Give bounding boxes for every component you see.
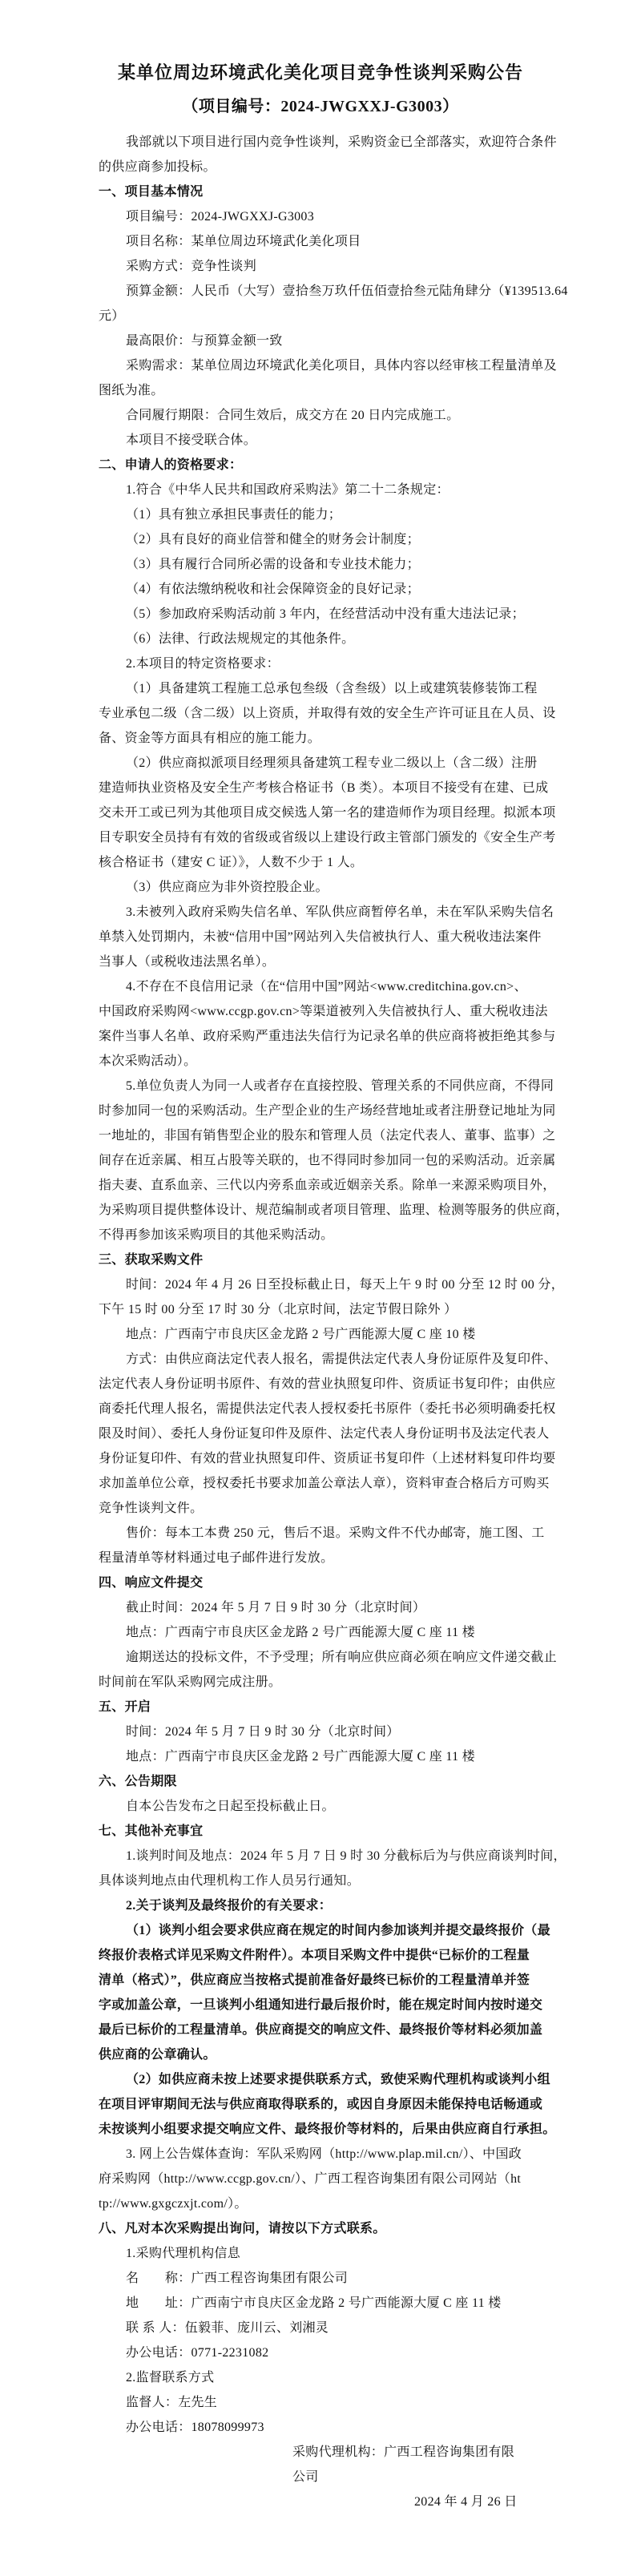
doc-line: 清单（格式）”，供应商应当按格式提前准备好最终已标价的工程量清单并签: [99, 1968, 549, 1993]
doc-line: 七、其他补充事宜: [99, 1819, 549, 1844]
doc-line: （2）供应商拟派项目经理须具备建筑工程专业二级以上（含二级）注册: [99, 751, 549, 776]
doc-line: 最后已标价的工程量清单。供应商提交的响应文件、最终报价等材料必须加盖: [99, 2018, 549, 2042]
doc-line: 地点：广西南宁市良庆区金龙路 2 号广西能源大厦 C 座 11 楼: [99, 1744, 549, 1769]
doc-line: （5）参加政府采购活动前 3 年内，在经营活动中没有重大违法记录；: [99, 602, 549, 627]
doc-line: 项目编号：2024-JWGXXJ-G3003: [99, 204, 549, 229]
doc-line: 法定代表人身份证明书原件、有效的营业执照复印件、资质证书复印件；由供应: [99, 1372, 549, 1397]
doc-line: （2）具有良好的商业信誉和健全的财务会计制度；: [99, 527, 549, 552]
doc-line: 时间：2024 年 5 月 7 日 9 时 30 分（北京时间）: [99, 1719, 549, 1744]
doc-line: 时间前在军队采购网完成注册。: [99, 1670, 549, 1695]
doc-line: 竞争性谈判文件。: [99, 1496, 549, 1521]
doc-line: 逾期送达的投标文件，不予受理；所有响应供应商必须在响应文件递交截止: [99, 1645, 549, 1670]
doc-line: 一、项目基本情况: [99, 179, 549, 204]
doc-line: 时参加同一包的采购活动。生产型企业的生产场经营地址或者注册登记地址为同: [99, 1099, 549, 1123]
doc-line: tp://www.gxgczxjt.com/）。: [99, 2191, 549, 2216]
doc-line: 监督人：左先生: [99, 2390, 549, 2415]
doc-line: 六、公告期限: [99, 1769, 549, 1794]
doc-line: 为采购项目提供整体设计、规范编制或者项目管理、监理、检测等服务的供应商，: [99, 1198, 549, 1223]
doc-line: 本次采购活动）。: [99, 1049, 549, 1074]
doc-line: 案件当事人名单、政府采购严重违法失信行为记录名单的供应商将被拒绝其参与: [99, 1024, 549, 1049]
doc-line: 当事人（或税收违法黑名单）。: [99, 949, 549, 974]
doc-line: 限及时间）、委托人身份证复印件及原件、法定代表人身份证明书及法定代表人: [99, 1421, 549, 1446]
doc-line: 2024 年 4 月 26 日: [414, 2489, 549, 2514]
doc-line: 三、获取采购文件: [99, 1248, 549, 1272]
doc-line: 公司: [292, 2465, 549, 2489]
doc-line: 二、申请人的资格要求：: [99, 453, 549, 478]
doc-line: 4.不存在不良信用记录（在“信用中国”网站<www.creditchina.go…: [99, 974, 549, 999]
doc-line: 采购需求：某单位周边环境武化美化项目，具体内容以经审核工程量清单及: [99, 353, 549, 378]
doc-line: 5.单位负责人为同一人或者存在直接控股、管理关系的不同供应商，不得同: [99, 1074, 549, 1099]
doc-line: 2.本项目的特定资格要求：: [99, 651, 549, 676]
doc-line: 办公电话：0771-2231082: [99, 2340, 549, 2365]
doc-line: 1.采购代理机构信息: [99, 2241, 549, 2266]
doc-line: 目专职安全员持有有效的省级或省级以上建设行政主管部门颁发的《安全生产考: [99, 825, 549, 850]
doc-line: 指夫妻、直系血亲、三代以内旁系血亲或近姻亲关系。除单一来源采购项目外，: [99, 1173, 549, 1198]
doc-line: 字或加盖公章，一旦谈判小组通知进行最后报价时，能在规定时间内按时递交: [99, 1993, 549, 2018]
doc-line: 地点：广西南宁市良庆区金龙路 2 号广西能源大厦 C 座 11 楼: [99, 1620, 549, 1645]
doc-line: 采购方式：竞争性谈判: [99, 254, 549, 279]
doc-line: 供应商的公章确认。: [99, 2042, 549, 2067]
doc-line: 项目名称：某单位周边环境武化美化项目: [99, 229, 549, 254]
doc-line: 3.未被列入政府采购失信名单、军队供应商暂停名单，未在军队采购失信名: [99, 900, 549, 925]
doc-line: 图纸为准。: [99, 378, 549, 403]
doc-line: （3）供应商应为非外资控股企业。: [99, 875, 549, 900]
doc-line: （6）法律、行政法规规定的其他条件。: [99, 627, 549, 651]
doc-line: 截止时间：2024 年 5 月 7 日 9 时 30 分（北京时间）: [99, 1595, 549, 1620]
doc-line: 终报价表格式详见采购文件附件）。本项目采购文件中提供“已标价的工程量: [99, 1943, 549, 1968]
doc-line: 2.监督联系方式: [99, 2365, 549, 2390]
doc-line: 府采购网（http://www.ccgp.gov.cn/）、广西工程咨询集团有限…: [99, 2167, 549, 2191]
doc-line: 本项目不接受联合体。: [99, 428, 549, 453]
doc-line: 间存在近亲属、相互占股等关联的，也不得同时参加同一包的采购活动。近亲属: [99, 1148, 549, 1173]
doc-line: 办公电话：18078099973: [99, 2415, 549, 2440]
doc-line: 元）: [99, 304, 549, 329]
doc-line: 我部就以下项目进行国内竞争性谈判，采购资金已全部落实，欢迎符合条件: [99, 130, 549, 155]
doc-line: 下午 15 时 00 分至 17 时 30 分（北京时间，法定节假日除外 ）: [99, 1297, 549, 1322]
doc-line: 中国政府采购网<www.ccgp.gov.cn>等渠道被列入失信被执行人、重大税…: [99, 999, 549, 1024]
doc-line: 合同履行期限：合同生效后，成交方在 20 日内完成施工。: [99, 403, 549, 428]
doc-line: （4）有依法缴纳税收和社会保障资金的良好记录；: [99, 577, 549, 602]
doc-line: 自本公告发布之日起至投标截止日。: [99, 1794, 549, 1819]
doc-line: 单禁入处罚期内，未被“信用中国”网站列入失信被执行人、重大税收违法案件: [99, 925, 549, 949]
doc-line: （2）如供应商未按上述要求提供联系方式，致使采购代理机构或谈判小组: [99, 2067, 549, 2092]
doc-line: 四、响应文件提交: [99, 1570, 549, 1595]
doc-line: 身份证复印件、有效的营业执照复印件、资质证书复印件（上述材料复印件均要: [99, 1446, 549, 1471]
doc-line: 1.符合《中华人民共和国政府采购法》第二十二条规定：: [99, 478, 549, 502]
doc-line: 五、开启: [99, 1695, 549, 1719]
doc-line: 采购代理机构：广西工程咨询集团有限: [292, 2440, 549, 2465]
doc-line: 建造师执业资格及安全生产考核合格证书（B 类）。本项目不接受有在建、已成: [99, 776, 549, 800]
doc-line: 预算金额：人民币（大写）壹拾叁万玖仟伍佰壹拾叁元陆角肆分（¥139513.64: [99, 279, 549, 304]
doc-line: 不得再参加该采购项目的其他采购活动。: [99, 1223, 549, 1248]
document-title: 某单位周边环境武化美化项目竞争性谈判采购公告: [0, 0, 641, 85]
doc-line: 3. 网上公告媒体查询：军队采购网（http://www.plap.mil.cn…: [99, 2142, 549, 2167]
doc-line: 备、资金等方面具有相应的施工能力。: [99, 726, 549, 751]
doc-line: （1）具有独立承担民事责任的能力；: [99, 502, 549, 527]
announcement-document: 某单位周边环境武化美化项目竞争性谈判采购公告 （项目编号：2024-JWGXXJ…: [0, 0, 641, 2576]
doc-line: 商委托代理人报名，需提供法定代表人授权委托书原件（委托书必须明确委托权: [99, 1397, 549, 1421]
doc-line: 程量清单等材料通过电子邮件进行发放。: [99, 1546, 549, 1570]
document-body: 我部就以下项目进行国内竞争性谈判，采购资金已全部落实，欢迎符合条件的供应商参加投…: [99, 130, 549, 2514]
doc-line: 名 称：广西工程咨询集团有限公司: [99, 2266, 549, 2291]
doc-line: 最高限价：与预算金额一致: [99, 329, 549, 353]
doc-line: 的供应商参加投标。: [99, 155, 549, 179]
doc-line: 1.谈判时间及地点：2024 年 5 月 7 日 9 时 30 分截标后为与供应…: [99, 1844, 549, 1869]
doc-line: 未按谈判小组要求提交响应文件、最终报价等材料的，后果由供应商自行承担。: [99, 2117, 549, 2142]
doc-line: 2.关于谈判及最终报价的有关要求：: [99, 1893, 549, 1918]
doc-line: 地 址：广西南宁市良庆区金龙路 2 号广西能源大厦 C 座 11 楼: [99, 2291, 549, 2316]
document-subtitle: （项目编号：2024-JWGXXJ-G3003）: [0, 95, 641, 119]
doc-line: （1）具备建筑工程施工总承包叁级（含叁级）以上或建筑装修装饰工程: [99, 676, 549, 701]
doc-line: 八、凡对本次采购提出询问，请按以下方式联系。: [99, 2216, 549, 2241]
doc-line: 联 系 人：伍毅菲、庞川云、刘湘灵: [99, 2316, 549, 2340]
doc-line: （1）谈判小组会要求供应商在规定的时间内参加谈判并提交最终报价（最: [99, 1918, 549, 1943]
doc-line: 交未开工或已列为其他项目成交候选人第一名的建造师作为项目经理。拟派本项: [99, 800, 549, 825]
doc-line: 一地址的，非国有销售型企业的股东和管理人员（法定代表人、董事、监事）之: [99, 1123, 549, 1148]
doc-line: 具体谈判地点由代理机构工作人员另行通知。: [99, 1869, 549, 1893]
doc-line: 地点：广西南宁市良庆区金龙路 2 号广西能源大厦 C 座 10 楼: [99, 1322, 549, 1347]
doc-line: 求加盖单位公章，授权委托书要求加盖公章法人章），资料审查合格后方可购买: [99, 1471, 549, 1496]
doc-line: 在项目评审期间无法与供应商取得联系的，或因自身原因未能保持电话畅通或: [99, 2092, 549, 2117]
doc-line: （3）具有履行合同所必需的设备和专业技术能力；: [99, 552, 549, 577]
doc-line: 方式：由供应商法定代表人报名，需提供法定代表人身份证原件及复印件、: [99, 1347, 549, 1372]
doc-line: 售价：每本工本费 250 元，售后不退。采购文件不代办邮寄，施工图、工: [99, 1521, 549, 1546]
doc-line: 专业承包二级（含二级）以上资质，并取得有效的安全生产许可证且在人员、设: [99, 701, 549, 726]
doc-line: 时间：2024 年 4 月 26 日至投标截止日，每天上午 9 时 00 分至 …: [99, 1272, 549, 1297]
doc-line: 核合格证书（建安 C 证）》，人数不少于 1 人。: [99, 850, 549, 875]
